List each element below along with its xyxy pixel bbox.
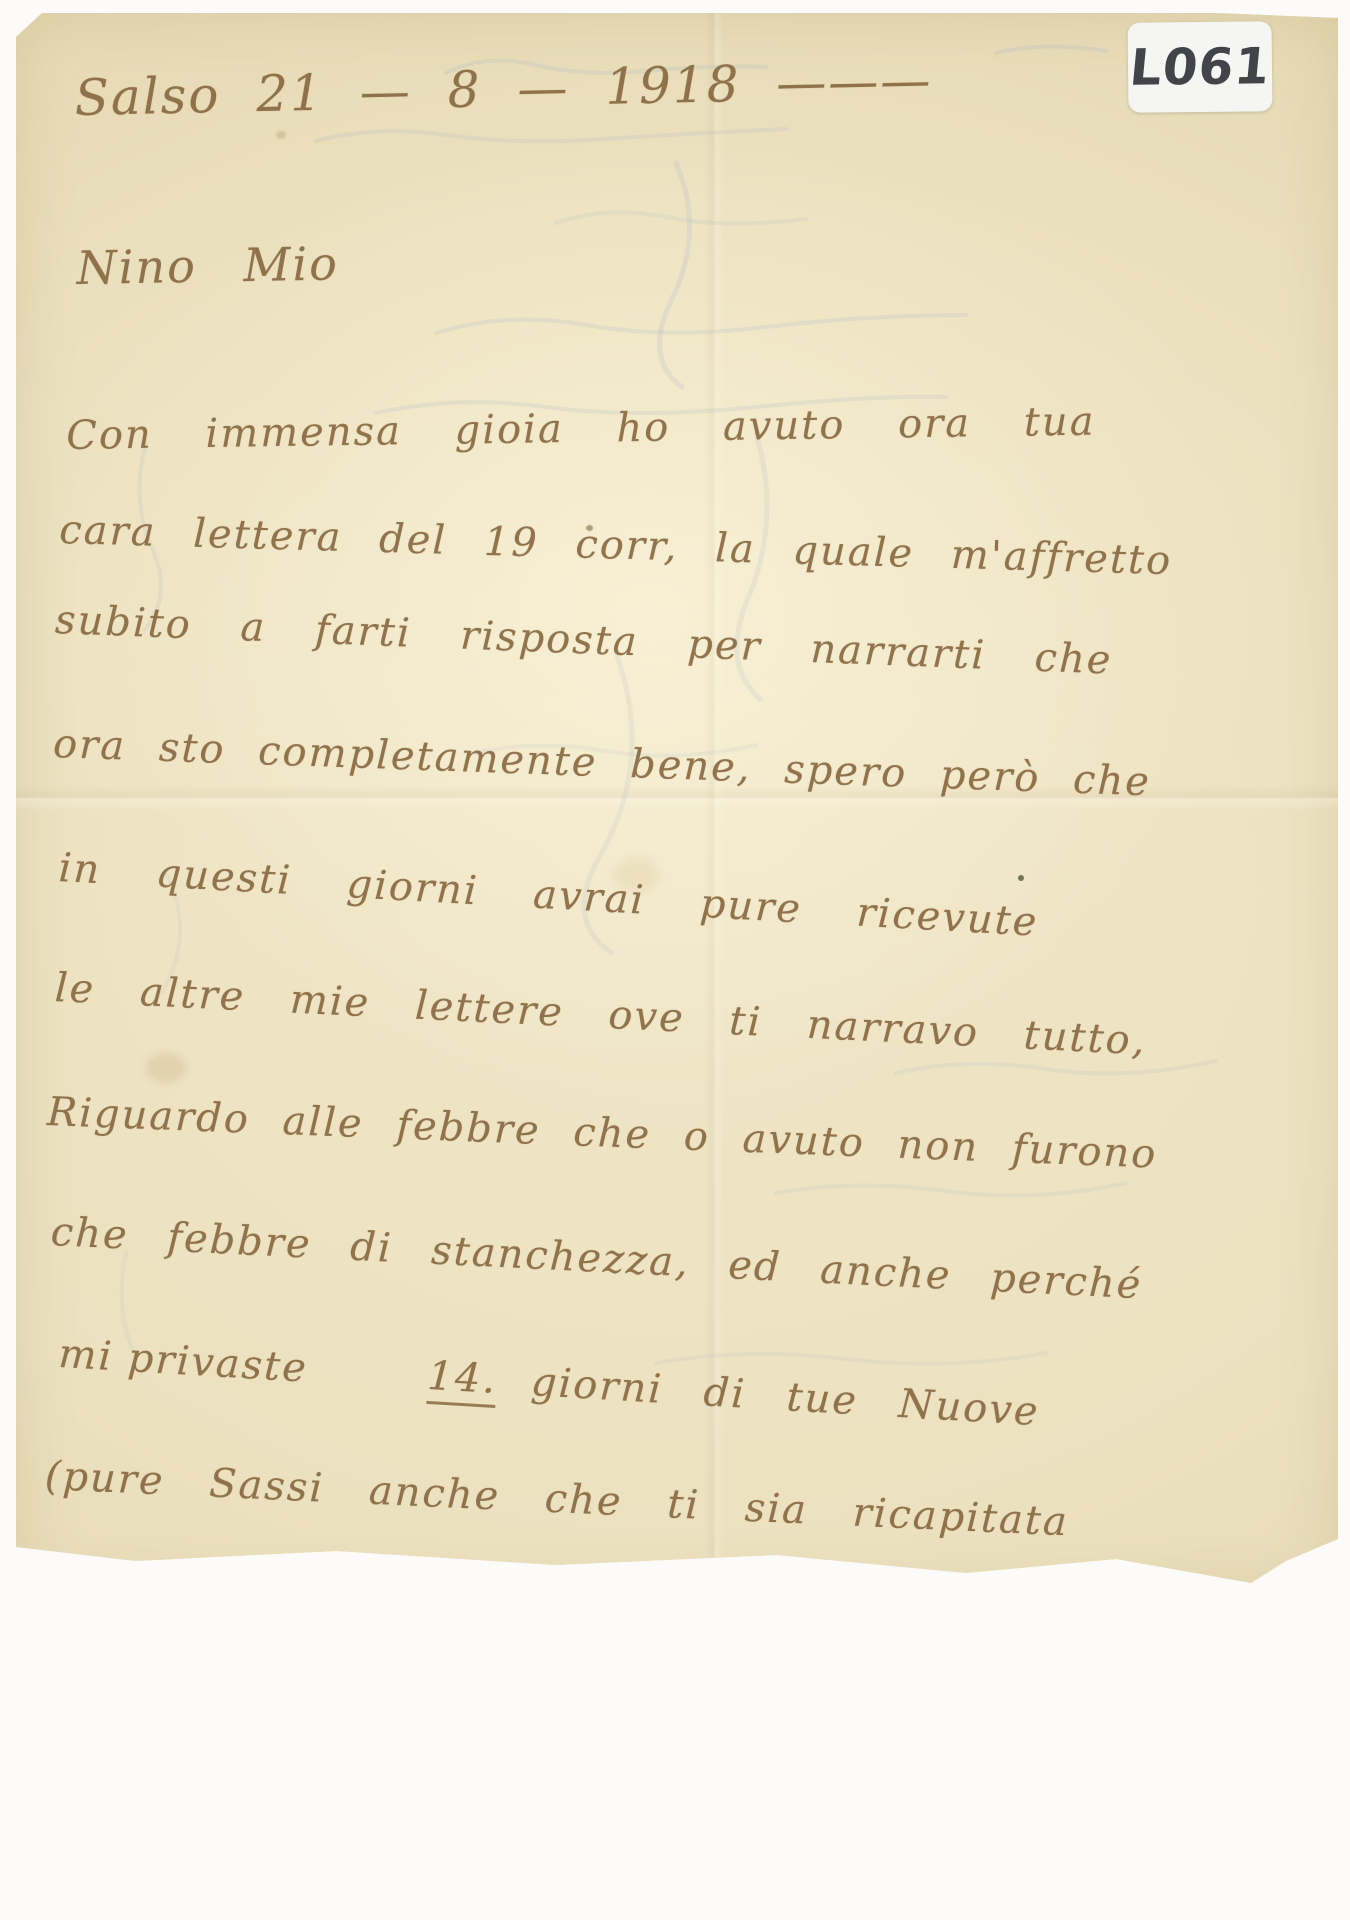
line-segment: giorni di tue Nuove bbox=[530, 1359, 1041, 1435]
handwritten-line: Riguardo alle febbre che o avuto non fur… bbox=[46, 1089, 1158, 1178]
vertical-fold-crease bbox=[704, 13, 724, 1593]
handwritten-line: mi privaste14.giorni di tue Nuove bbox=[57, 1331, 1041, 1435]
letter-paper: Salso 21 — 8 — 1918 ——— Nino Mio Con imm… bbox=[16, 13, 1338, 1593]
ink-stain bbox=[1018, 875, 1024, 881]
scanned-letter-page: Salso 21 — 8 — 1918 ——— Nino Mio Con imm… bbox=[0, 0, 1350, 1920]
paper-stain bbox=[146, 1053, 186, 1083]
underlined-number: 14. bbox=[426, 1353, 499, 1408]
archive-label-text: L061 bbox=[1127, 37, 1273, 97]
archive-label-sticker: L061 bbox=[1128, 21, 1273, 113]
handwritten-line: le altre mie lettere ove ti narravo tutt… bbox=[54, 965, 1148, 1064]
handwritten-line: in questi giorni avrai pure ricevute bbox=[57, 845, 1039, 946]
letter-dateline: Salso 21 — 8 — 1918 ——— bbox=[74, 51, 933, 127]
handwritten-line: Con immensa gioia ho avuto ora tua bbox=[66, 399, 1096, 459]
handwritten-line: subito a farti risposta per narrarti che bbox=[54, 597, 1113, 684]
letter-salutation: Nino Mio bbox=[76, 236, 339, 295]
line-segment: mi privaste bbox=[57, 1331, 309, 1392]
handwritten-line: (pure Sassi anche che ti sia ricapitata bbox=[44, 1453, 1070, 1545]
paper-stain bbox=[276, 131, 286, 139]
handwritten-line: che febbre di stanchezza, ed anche perch… bbox=[50, 1209, 1144, 1308]
handwritten-line: cara lettera del 19 corr, la quale m'aff… bbox=[59, 507, 1173, 584]
